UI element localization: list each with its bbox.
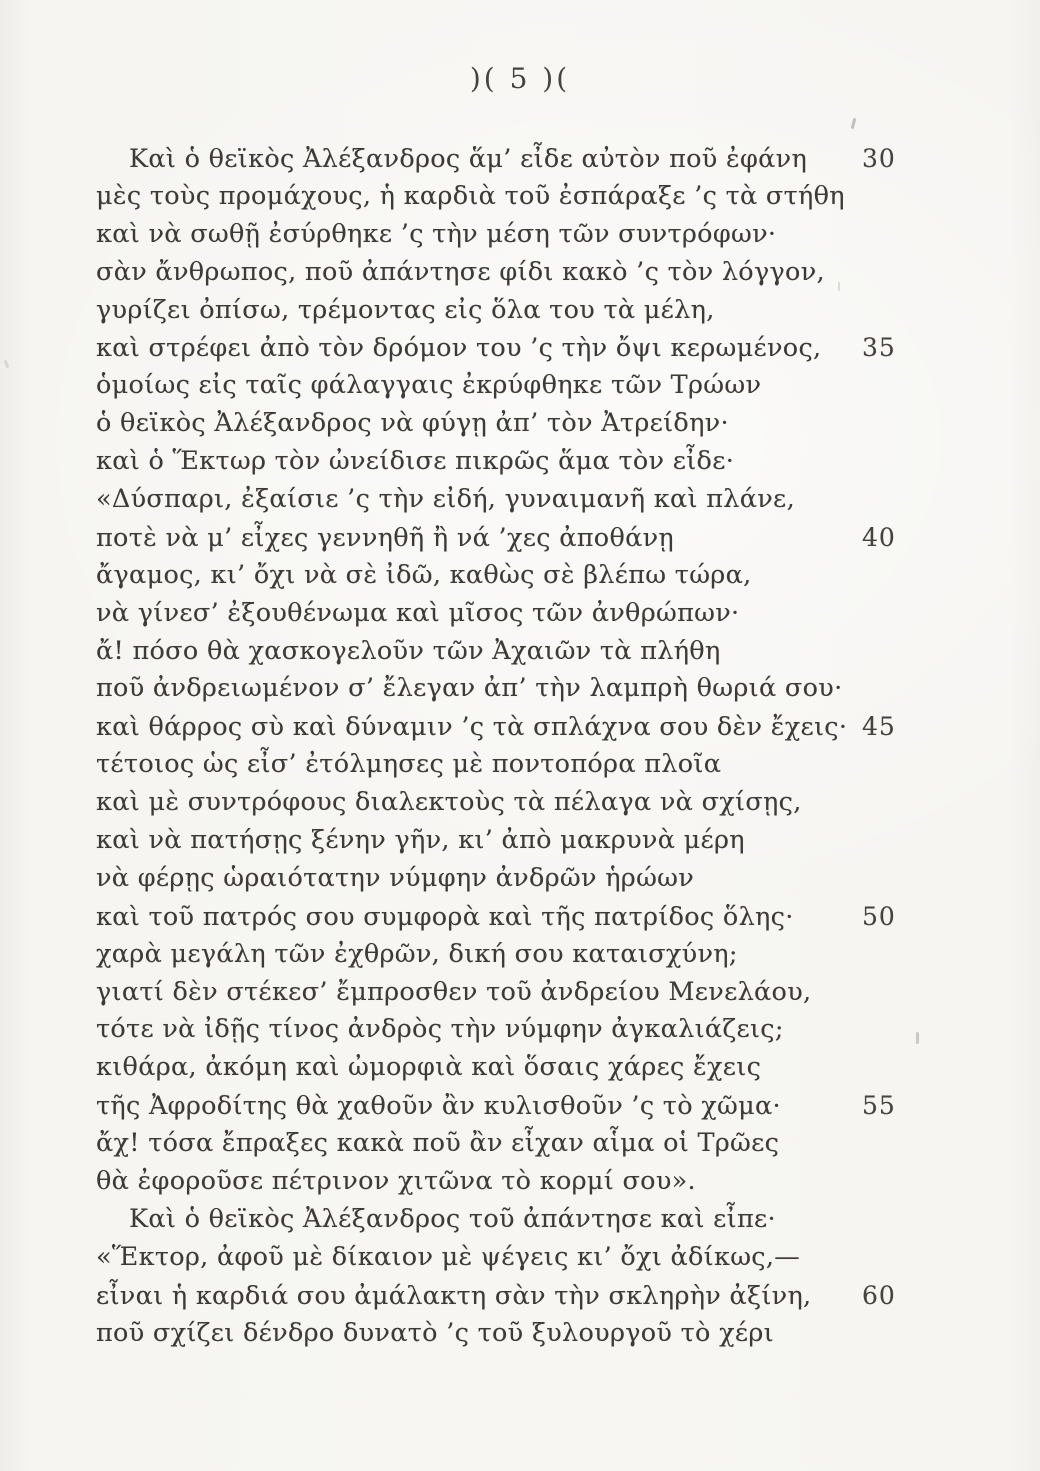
verse-text: μὲς τοὺς προμάχους, ἡ καρδιὰ τοῦ ἐσπάραξ… <box>96 178 862 216</box>
verse-text: γιατί δὲν στέκεσ’ ἔμπροσθεν τοῦ ἀνδρείου… <box>96 974 862 1012</box>
verse-text: κιθάρα, ἀκόμη καὶ ὠμορφιὰ καὶ ὅσαις χάρε… <box>96 1049 862 1087</box>
verse-text: καὶ ὁ Ἕκτωρ τὸν ὠνείδισε πικρῶς ἅμα τὸν … <box>96 443 862 481</box>
verse-line: νὰ γίνεσ’ ἐξουθένωμα καὶ μῖσος τῶν ἀνθρώ… <box>96 595 908 633</box>
verse-text: χαρὰ μεγάλη τῶν ἐχθρῶν, δική σου καταισχ… <box>96 936 862 974</box>
verse-line: ἄ! πόσο θὰ χασκογελοῦν τῶν Ἀχαιῶν τὰ πλή… <box>96 633 908 671</box>
line-number: 60 <box>862 1277 908 1315</box>
verse-line: κιθάρα, ἀκόμη καὶ ὠμορφιὰ καὶ ὅσαις χάρε… <box>96 1049 908 1087</box>
verse-line: ὁμοίως εἰς ταῖς φάλαγγαις ἐκρύφθηκε τῶν … <box>96 367 908 405</box>
verse-line: καὶ νὰ σωθῇ ἐσύρθηκε ’ς τὴν μέση τῶν συν… <box>96 216 908 254</box>
verse-line: Καὶ ὁ θεϊκὸς Ἀλέξανδρος ἅμ’ εἶδε αὐτὸν π… <box>96 140 908 178</box>
verse-line: ἄχ! τόσα ἔπραξες κακὰ ποῦ ἂν εἶχαν αἷμα … <box>96 1125 908 1163</box>
verse-text: σὰν ἄνθρωπος, ποῦ ἀπάντησε φίδι κακὸ ’ς … <box>96 254 862 292</box>
verse-line: χαρὰ μεγάλη τῶν ἐχθρῶν, δική σου καταισχ… <box>96 936 908 974</box>
verse-line: νὰ φέρῃς ὡραιότατην νύμφην ἀνδρῶν ἡρώων <box>96 860 908 898</box>
line-number: 45 <box>862 708 908 746</box>
verse-text: νὰ γίνεσ’ ἐξουθένωμα καὶ μῖσος τῶν ἀνθρώ… <box>96 595 862 633</box>
verse-text: καὶ θάρρος σὺ καὶ δύναμιν ’ς τὰ σπλάχνα … <box>96 709 862 747</box>
verse-text: ποῦ σχίζει δένδρο δυνατὸ ’ς τοῦ ξυλουργο… <box>96 1315 862 1353</box>
verse-line: καὶ τοῦ πατρός σου συμφορὰ καὶ τῆς πατρί… <box>96 898 908 936</box>
scan-speck <box>916 1032 919 1044</box>
verse-text: ποτὲ νὰ μ’ εἶχες γεννηθῆ ἢ νά ’χες ἀποθά… <box>96 520 862 558</box>
line-number: 55 <box>862 1087 908 1125</box>
verse-text: ἄγαμος, κι’ ὄχι νὰ σὲ ἰδῶ, καθὼς σὲ βλέπ… <box>96 557 862 595</box>
verse-line: σὰν ἄνθρωπος, ποῦ ἀπάντησε φίδι κακὸ ’ς … <box>96 254 908 292</box>
verse-line: ποῦ ἀνδρειωμένον σ’ ἔλεγαν ἀπ’ τὴν λαμπρ… <box>96 670 908 708</box>
line-number: 50 <box>862 898 908 936</box>
verse-text: καὶ νὰ πατήσῃς ξένην γῆν, κι’ ἀπὸ μακρυν… <box>96 822 862 860</box>
verse-text: καὶ τοῦ πατρός σου συμφορὰ καὶ τῆς πατρί… <box>96 899 862 937</box>
verse-line: καὶ ὁ Ἕκτωρ τὸν ὠνείδισε πικρῶς ἅμα τὸν … <box>96 443 908 481</box>
verse-text: καὶ μὲ συντρόφους διαλεκτοὺς τὰ πέλαγα ν… <box>96 784 862 822</box>
scan-speck <box>838 282 840 291</box>
scan-speck <box>851 118 857 129</box>
verse-text: θὰ ἐφοροῦσε πέτρινον χιτῶνα τὸ κορμί σου… <box>96 1163 862 1201</box>
verse-text: «Δύσπαρι, ἐξαίσιε ’ς τὴν εἰδή, γυναιμανῆ… <box>96 481 862 519</box>
verse-line: τότε νὰ ἰδῇς τίνος ἀνδρὸς τὴν νύμφην ἀγκ… <box>96 1011 908 1049</box>
verse-line: «Ἕκτορ, ἀφοῦ μὲ δίκαιον μὲ ψέγεις κι’ ὄχ… <box>96 1239 908 1277</box>
verse-text: «Ἕκτορ, ἀφοῦ μὲ δίκαιον μὲ ψέγεις κι’ ὄχ… <box>96 1239 862 1277</box>
verse-line: εἶναι ἡ καρδιά σου ἀμάλακτη σὰν τὴν σκλη… <box>96 1277 908 1315</box>
verse-text: ἄ! πόσο θὰ χασκογελοῦν τῶν Ἀχαιῶν τὰ πλή… <box>96 633 862 671</box>
verse-text: ἄχ! τόσα ἔπραξες κακὰ ποῦ ἂν εἶχαν αἷμα … <box>96 1125 862 1163</box>
verse-text: τῆς Ἀφροδίτης θὰ χαθοῦν ἂν κυλισθοῦν ’ς … <box>96 1088 862 1126</box>
verse-line: θὰ ἐφοροῦσε πέτρινον χιτῶνα τὸ κορμί σου… <box>96 1163 908 1201</box>
verse-text: τότε νὰ ἰδῇς τίνος ἀνδρὸς τὴν νύμφην ἀγκ… <box>96 1011 862 1049</box>
verse-text: Καὶ ὁ θεϊκὸς Ἀλέξανδρος τοῦ ἀπάντησε καὶ… <box>96 1201 862 1239</box>
verse-line: «Δύσπαρι, ἐξαίσιε ’ς τὴν εἰδή, γυναιμανῆ… <box>96 481 908 519</box>
verse-line: καὶ στρέφει ἀπὸ τὸν δρόμον του ’ς τὴν ὄψ… <box>96 329 908 367</box>
verse-text: καὶ νὰ σωθῇ ἐσύρθηκε ’ς τὴν μέση τῶν συν… <box>96 216 862 254</box>
verse-line: καὶ μὲ συντρόφους διαλεκτοὺς τὰ πέλαγα ν… <box>96 784 908 822</box>
verse-line: καὶ νὰ πατήσῃς ξένην γῆν, κι’ ἀπὸ μακρυν… <box>96 822 908 860</box>
verse-text: ὁ θεϊκὸς Ἀλέξανδρος νὰ φύγῃ ἀπ’ τὸν Ἀτρε… <box>96 405 862 443</box>
verse-line: γιατί δὲν στέκεσ’ ἔμπροσθεν τοῦ ἀνδρείου… <box>96 974 908 1012</box>
line-number: 30 <box>862 140 908 178</box>
verse-text: ποῦ ἀνδρειωμένον σ’ ἔλεγαν ἀπ’ τὴν λαμπρ… <box>96 670 862 708</box>
verse-line: Καὶ ὁ θεϊκὸς Ἀλέξανδρος τοῦ ἀπάντησε καὶ… <box>96 1201 908 1239</box>
line-number: 40 <box>862 519 908 557</box>
line-number: 35 <box>862 329 908 367</box>
page-number-header: )( 5 )( <box>0 62 1040 95</box>
verse-line: γυρίζει ὀπίσω, τρέμοντας εἰς ὅλα του τὰ … <box>96 292 908 330</box>
verse-text-block: Καὶ ὁ θεϊκὸς Ἀλέξανδρος ἅμ’ εἶδε αὐτὸν π… <box>96 140 908 1353</box>
verse-text: Καὶ ὁ θεϊκὸς Ἀλέξανδρος ἅμ’ εἶδε αὐτὸν π… <box>96 141 862 179</box>
verse-line: τέτοιος ὡς εἶσ’ ἐτόλμησες μὲ ποντοπόρα π… <box>96 746 908 784</box>
verse-line: τῆς Ἀφροδίτης θὰ χαθοῦν ἂν κυλισθοῦν ’ς … <box>96 1087 908 1125</box>
verse-text: γυρίζει ὀπίσω, τρέμοντας εἰς ὅλα του τὰ … <box>96 292 862 330</box>
verse-text: ὁμοίως εἰς ταῖς φάλαγγαις ἐκρύφθηκε τῶν … <box>96 367 862 405</box>
verse-line: ἄγαμος, κι’ ὄχι νὰ σὲ ἰδῶ, καθὼς σὲ βλέπ… <box>96 557 908 595</box>
verse-text: νὰ φέρῃς ὡραιότατην νύμφην ἀνδρῶν ἡρώων <box>96 860 862 898</box>
book-page: )( 5 )( Καὶ ὁ θεϊκὸς Ἀλέξανδρος ἅμ’ εἶδε… <box>0 0 1040 1471</box>
verse-line: μὲς τοὺς προμάχους, ἡ καρδιὰ τοῦ ἐσπάραξ… <box>96 178 908 216</box>
verse-line: καὶ θάρρος σὺ καὶ δύναμιν ’ς τὰ σπλάχνα … <box>96 708 908 746</box>
verse-text: καὶ στρέφει ἀπὸ τὸν δρόμον του ’ς τὴν ὄψ… <box>96 330 862 368</box>
verse-line: ποτὲ νὰ μ’ εἶχες γεννηθῆ ἢ νά ’χες ἀποθά… <box>96 519 908 557</box>
verse-text: εἶναι ἡ καρδιά σου ἀμάλακτη σὰν τὴν σκλη… <box>96 1278 862 1316</box>
scan-speck <box>4 360 10 369</box>
verse-line: ὁ θεϊκὸς Ἀλέξανδρος νὰ φύγῃ ἀπ’ τὸν Ἀτρε… <box>96 405 908 443</box>
verse-text: τέτοιος ὡς εἶσ’ ἐτόλμησες μὲ ποντοπόρα π… <box>96 746 862 784</box>
verse-line: ποῦ σχίζει δένδρο δυνατὸ ’ς τοῦ ξυλουργο… <box>96 1315 908 1353</box>
